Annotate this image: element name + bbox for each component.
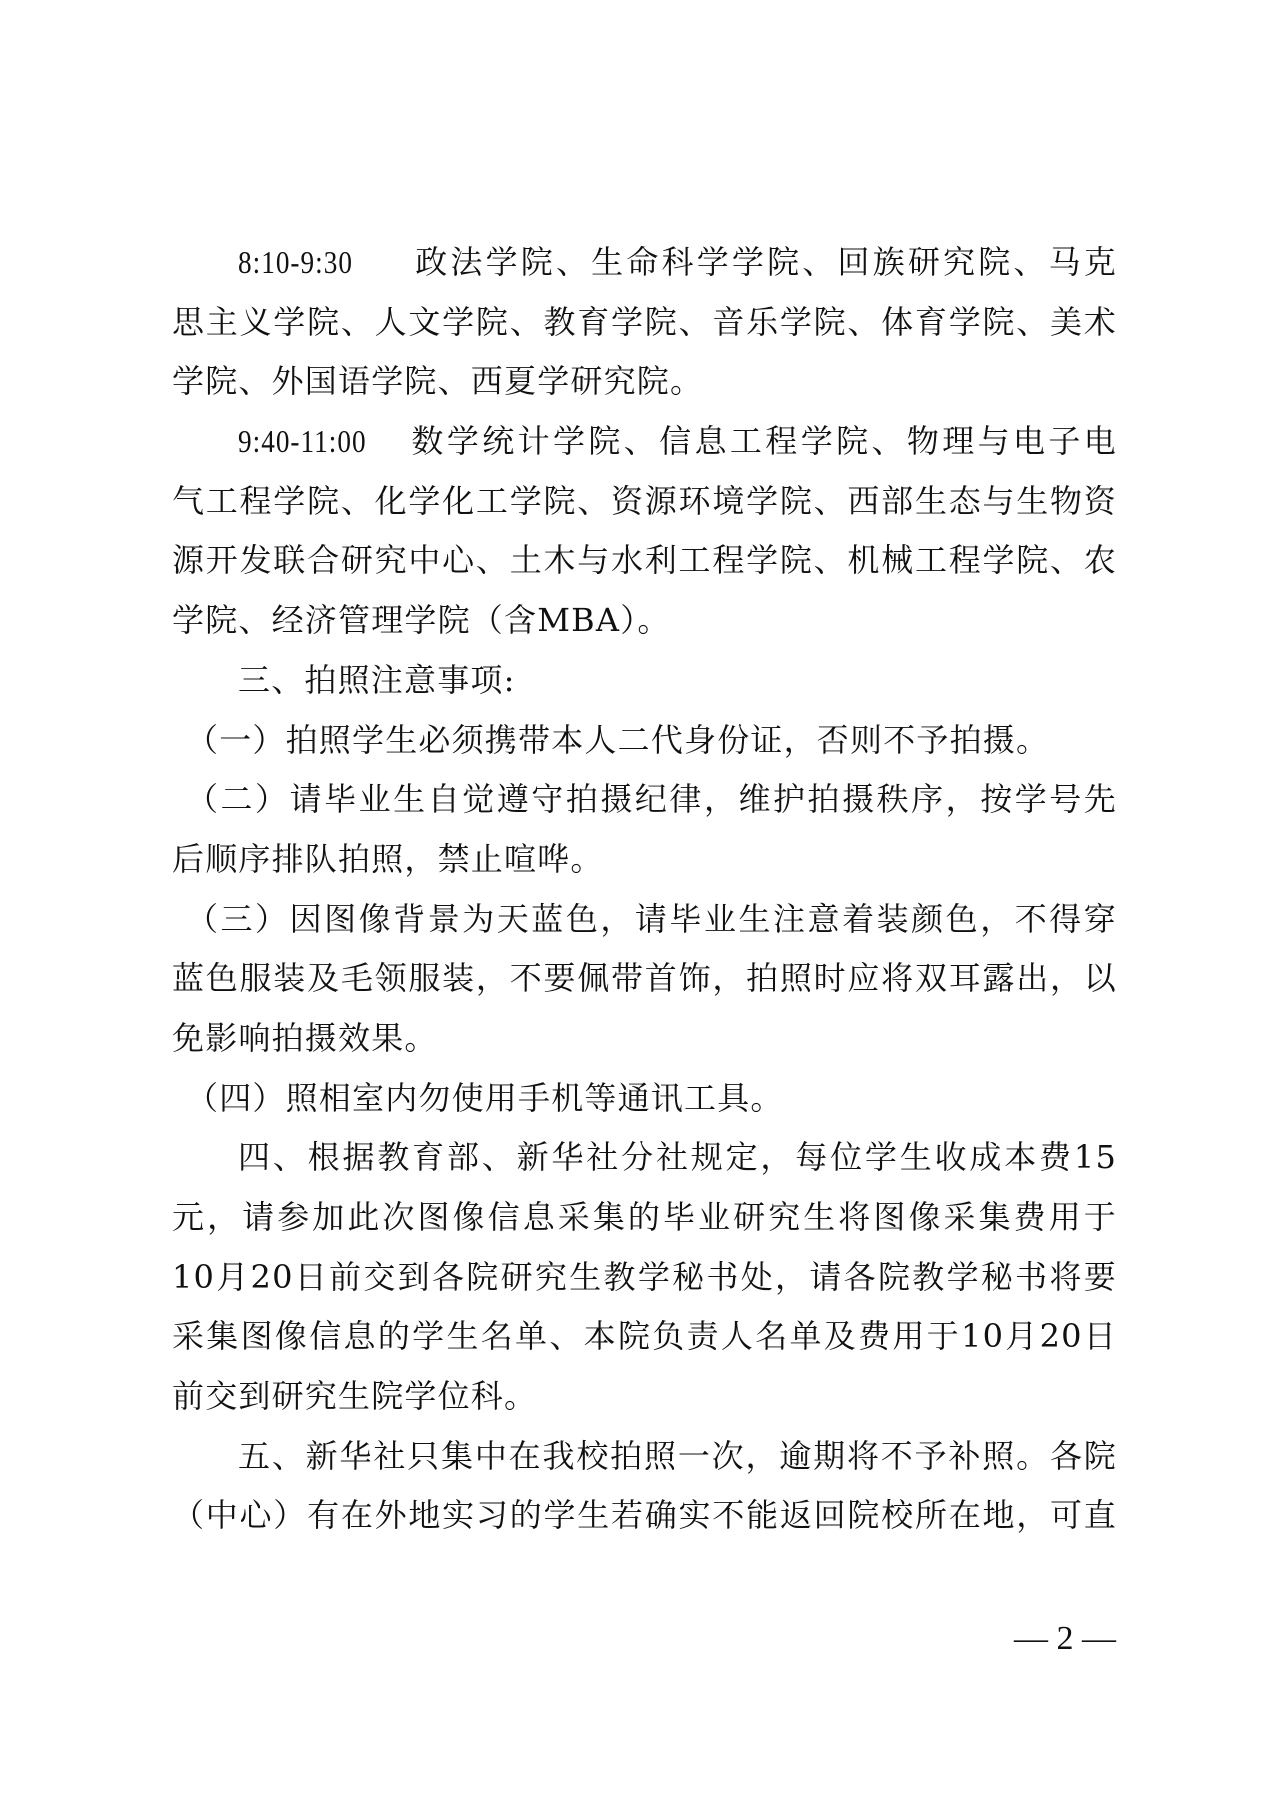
list-item-4: （四）照相室内勿使用手机等通讯工具。: [172, 1069, 1117, 1129]
schedule-line-1: 8:10-9:30政法学院、生命科学学院、回族研究院、马克: [172, 233, 1117, 293]
text-line: 蓝色服装及毛领服装，不要佩带首饰，拍照时应将双耳露出，以: [172, 949, 1117, 1009]
text-line: 10月20日前交到各院研究生教学秘书处，请各院教学秘书将要: [172, 1248, 1117, 1308]
time-slot-2: 9:40-11:00: [238, 412, 367, 472]
time-slot-1: 8:10-9:30: [238, 233, 353, 293]
section-heading-3: 三、拍照注意事项:: [172, 651, 1117, 711]
section-5: 五、新华社只集中在我校拍照一次，逾期将不予补照。各院: [172, 1427, 1117, 1487]
list-item-1: （一）拍照学生必须携带本人二代身份证，否则不予拍摄。: [172, 711, 1117, 771]
list-item-2: （二）请毕业生自觉遵守拍摄纪律，维护拍摄秩序，按学号先: [172, 770, 1117, 830]
text-line: 后顺序排队拍照，禁止喧哗。: [172, 830, 1117, 890]
text-line: 气工程学院、化学化工学院、资源环境学院、西部生态与生物资: [172, 472, 1117, 532]
list-item-3: （三）因图像背景为天蓝色，请毕业生注意着装颜色，不得穿: [172, 890, 1117, 950]
text-line: 采集图像信息的学生名单、本院负责人名单及费用于10月20日: [172, 1307, 1117, 1367]
text-line: （中心）有在外地实习的学生若确实不能返回院校所在地，可直: [172, 1486, 1117, 1546]
page-number: — 2 —: [1010, 1620, 1120, 1658]
schedule-line-2: 9:40-11:00数学统计学院、信息工程学院、物理与电子电: [172, 412, 1117, 472]
text-line: 源开发联合研究中心、土木与水利工程学院、机械工程学院、农: [172, 531, 1117, 591]
text-line: 思主义学院、人文学院、教育学院、音乐学院、体育学院、美术: [172, 293, 1117, 353]
document-body: 8:10-9:30政法学院、生命科学学院、回族研究院、马克 思主义学院、人文学院…: [172, 233, 1117, 1546]
text-line: 学院、外国语学院、西夏学研究院。: [172, 352, 1117, 412]
document-page: 8:10-9:30政法学院、生命科学学院、回族研究院、马克 思主义学院、人文学院…: [0, 0, 1270, 1796]
section-4: 四、根据教育部、新华社分社规定，每位学生收成本费15: [172, 1128, 1117, 1188]
text-line: 元，请参加此次图像信息采集的毕业研究生将图像采集费用于: [172, 1188, 1117, 1248]
text-line: 免影响拍摄效果。: [172, 1009, 1117, 1069]
text-line: 学院、经济管理学院（含MBA）。: [172, 591, 1117, 651]
text-line: 前交到研究生院学位科。: [172, 1367, 1117, 1427]
